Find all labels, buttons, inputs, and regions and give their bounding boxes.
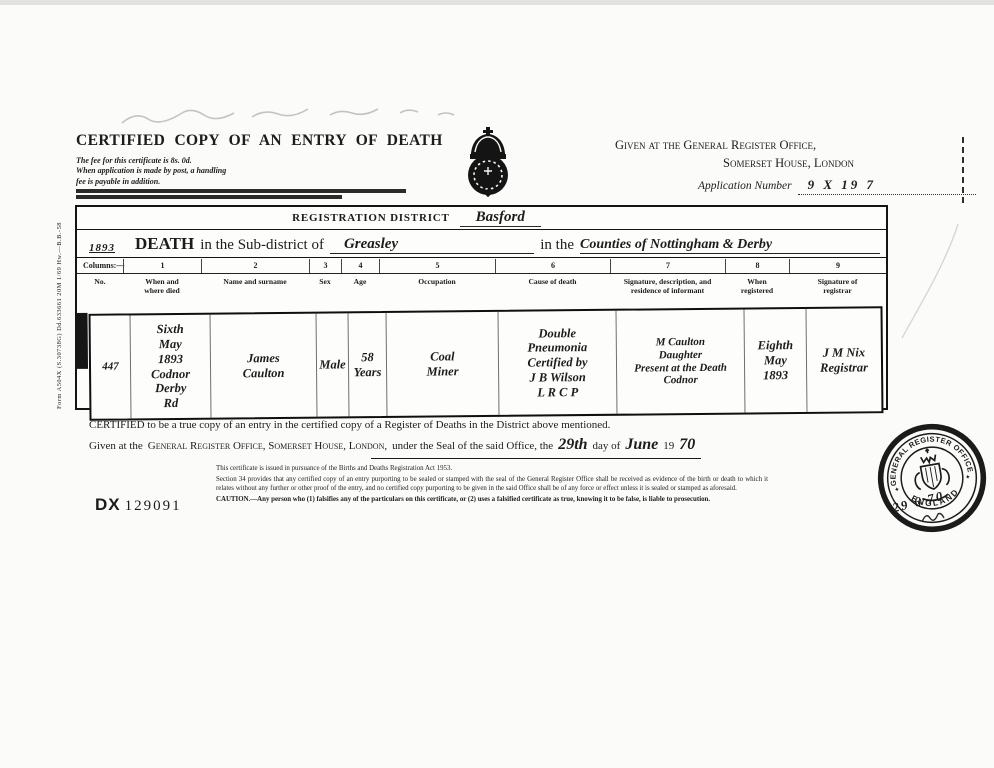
column-number: 6 xyxy=(495,259,610,273)
crown-emblem-icon xyxy=(459,126,517,198)
certificate-serial: DX 129091 xyxy=(95,495,182,515)
issuing-office-header: Given at the General Register Office, So… xyxy=(615,136,915,172)
subdistrict-prefix: in the Sub-district of xyxy=(200,237,324,254)
given-prefix: Given at the xyxy=(89,440,143,452)
district-value: Basford xyxy=(460,209,541,227)
subdistrict-value: Greasley xyxy=(330,236,534,254)
column-number: 1 xyxy=(123,259,201,273)
death-word: DEATH xyxy=(135,234,194,254)
pencil-scribble xyxy=(116,105,516,133)
column-number: 8 xyxy=(725,259,789,273)
given-office: General Register Office, Somerset House,… xyxy=(148,440,387,452)
redacted-bar xyxy=(76,189,406,193)
entry-cell-no: 447 xyxy=(91,315,132,418)
date-underline xyxy=(371,458,701,459)
column-number: 3 xyxy=(309,259,341,273)
entry-cell-cause: Double Pneumonia Certified by J B Wilson… xyxy=(499,311,618,415)
application-number: Application Number9 X 19 7 xyxy=(698,177,976,195)
day-value: 29th xyxy=(558,436,587,454)
column-number: 5 xyxy=(379,259,495,273)
entry-cell-informant: M Caulton Daughter Present at the Death … xyxy=(616,310,745,414)
entry-cell-occupation: Coal Miner xyxy=(387,312,500,416)
initials-squiggle xyxy=(920,510,946,526)
column-header: Sex xyxy=(309,277,341,305)
entry-cell-age: 58 Years xyxy=(349,313,388,416)
column-header: Name and surname xyxy=(201,277,309,305)
dx-number: 129091 xyxy=(125,498,182,514)
page-title: CERTIFIED COPY OF AN ENTRY OF DEATH xyxy=(76,132,443,150)
entry-strip: 447 Sixth May 1893 Codnor Derby Rd James… xyxy=(89,306,884,421)
certified-statement: CERTIFIED to be a true copy of an entry … xyxy=(89,419,901,431)
death-certificate-scan: CERTIFIED COPY OF AN ENTRY OF DEATH The … xyxy=(0,0,994,768)
application-number-value: 9 X 19 7 xyxy=(808,177,876,192)
columns-label: Columns:— xyxy=(77,261,123,270)
entry-cell-registrar: J M Nix Registrar xyxy=(806,308,881,412)
column-number: 4 xyxy=(341,259,379,273)
column-number: 7 xyxy=(610,259,725,273)
column-header: Signature of registrar xyxy=(789,277,886,305)
fee-notice: The fee for this certificate is 8s. 0d. … xyxy=(76,156,406,199)
application-number-label: Application Number xyxy=(698,180,792,192)
column-header: No. xyxy=(77,277,123,305)
given-at-line: Given at the General Register Office, xyxy=(615,136,915,154)
entry-cell-when-registered: Eighth May 1893 xyxy=(744,309,807,413)
act-notice: This certificate is issued in pursuance … xyxy=(216,464,768,473)
year-margin: 1893 xyxy=(89,242,115,254)
section-notice: Section 34 provides that any certified c… xyxy=(216,475,768,493)
entry-row-area: 447 Sixth May 1893 Codnor Derby Rd James… xyxy=(77,305,886,427)
column-header: When registered xyxy=(725,277,789,305)
fee-notice-line: When application is made by post, a hand… xyxy=(76,166,406,176)
margin-form-code: Form A504X (S.30738G) Dd.633661 20M 1/69… xyxy=(56,207,70,409)
column-header: Occupation xyxy=(379,277,495,305)
given-suffix: under the Seal of the said Office, the xyxy=(392,440,553,452)
column-numbers-row: Columns:— 1 2 3 4 5 6 7 8 9 xyxy=(77,258,886,274)
register-table: REGISTRATION DISTRICT Basford 1893 DEATH… xyxy=(75,205,888,410)
column-number: 2 xyxy=(201,259,309,273)
seal-star-icon: ✦ xyxy=(894,485,901,494)
district-row: REGISTRATION DISTRICT Basford xyxy=(77,207,886,230)
redacted-bar xyxy=(76,195,342,199)
caution-notice: CAUTION.—Any person who (1) falsifies an… xyxy=(216,495,768,504)
death-sub-district-row: 1893 DEATH in the Sub-district of Greasl… xyxy=(77,230,886,258)
day-of-label: day of xyxy=(593,440,621,452)
column-number: 9 xyxy=(789,259,886,273)
given-at-statement: Given at the General Register Office, So… xyxy=(89,436,901,454)
legal-notices: This certificate is issued in pursuance … xyxy=(216,464,768,504)
crease-line xyxy=(896,222,966,342)
seal-star-icon: ✦ xyxy=(964,473,971,482)
district-label: REGISTRATION DISTRICT xyxy=(292,212,450,224)
dashed-edge-line xyxy=(962,137,964,203)
column-header: Cause of death xyxy=(495,277,610,305)
year-printed: 19 xyxy=(663,440,674,452)
dx-prefix: DX xyxy=(95,495,121,514)
counties-prefix: in the xyxy=(540,237,574,254)
column-header: Age xyxy=(341,277,379,305)
column-header: Signature, description, and residence of… xyxy=(610,277,725,305)
certification-block: CERTIFIED to be a true copy of an entry … xyxy=(89,419,901,454)
counties-value: Counties of Nottingham & Derby xyxy=(580,237,880,254)
fee-notice-line: The fee for this certificate is 8s. 0d. xyxy=(76,156,406,166)
column-header: When and where died xyxy=(123,277,201,305)
column-headers-row: No. When and where died Name and surname… xyxy=(77,274,886,305)
entry-cell-sex: Male xyxy=(317,313,350,416)
application-number-line: 9 X 19 7 xyxy=(798,177,976,195)
month-value: June xyxy=(625,436,658,454)
entry-cell-when-where-died: Sixth May 1893 Codnor Derby Rd xyxy=(131,315,212,419)
somerset-line: Somerset House, London xyxy=(723,154,915,172)
fee-notice-line: fee is payable in addition. xyxy=(76,177,406,187)
entry-cell-name: James Caulton xyxy=(211,314,318,418)
year-value: 70 xyxy=(679,436,695,454)
